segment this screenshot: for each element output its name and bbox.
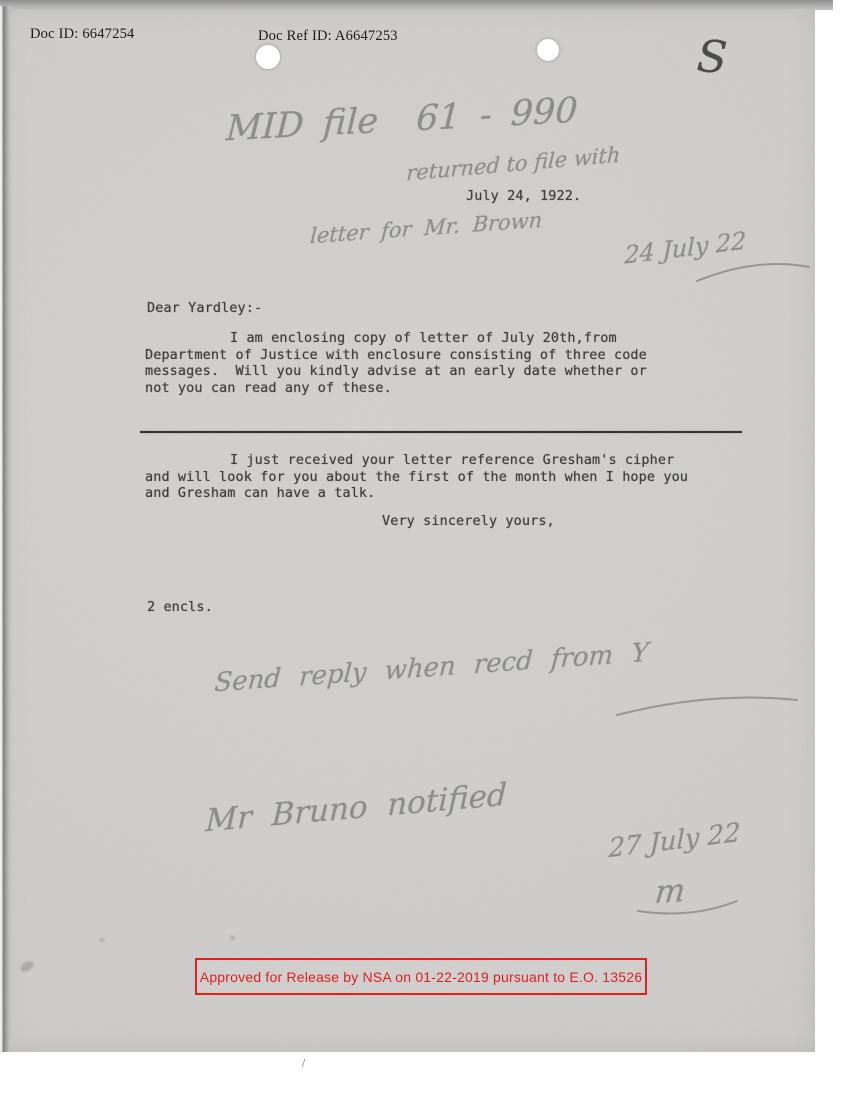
typed-divider-rule: [140, 431, 742, 433]
letter-body-line: messages. Will you kindly advise at an e…: [145, 363, 647, 379]
classification-s-mark: S: [695, 31, 729, 84]
letter-date: July 24, 1922.: [466, 188, 581, 204]
letter-body-line: and will look for you about the first of…: [145, 469, 688, 485]
letter-enclosures: 2 encls.: [147, 599, 213, 615]
scan-smudge: [100, 938, 104, 942]
scan-top-edge: [0, 0, 833, 10]
letter-closing: Very sincerely yours,: [382, 513, 555, 529]
scanned-document-page: Doc ID: 6647254 Doc Ref ID: A6647253 S M…: [0, 0, 850, 1100]
hole-punch-icon: [537, 39, 559, 61]
scan-smudge: [230, 936, 235, 940]
letter-body-line: not you can read any of these.: [145, 380, 392, 396]
release-stamp-text: Approved for Release by NSA on 01-22-201…: [200, 969, 642, 985]
doc-id-label: Doc ID: 6647254: [30, 26, 135, 43]
letter-salutation: Dear Yardley:-: [147, 300, 262, 316]
stray-slash-mark: /: [302, 1058, 305, 1069]
letter-body-line: Department of Justice with enclosure con…: [145, 347, 647, 363]
letter-body-line: I am enclosing copy of letter of July 20…: [230, 330, 617, 346]
letter-body-line: and Gresham can have a talk.: [145, 485, 375, 501]
letter-body-line: I just received your letter reference Gr…: [230, 452, 674, 468]
hole-punch-icon: [256, 45, 280, 69]
scan-left-edge: [0, 6, 12, 1052]
doc-ref-id-label: Doc Ref ID: A6647253: [258, 28, 398, 45]
release-stamp: Approved for Release by NSA on 01-22-201…: [195, 958, 647, 995]
annotation-initial-mark: m: [653, 871, 687, 911]
